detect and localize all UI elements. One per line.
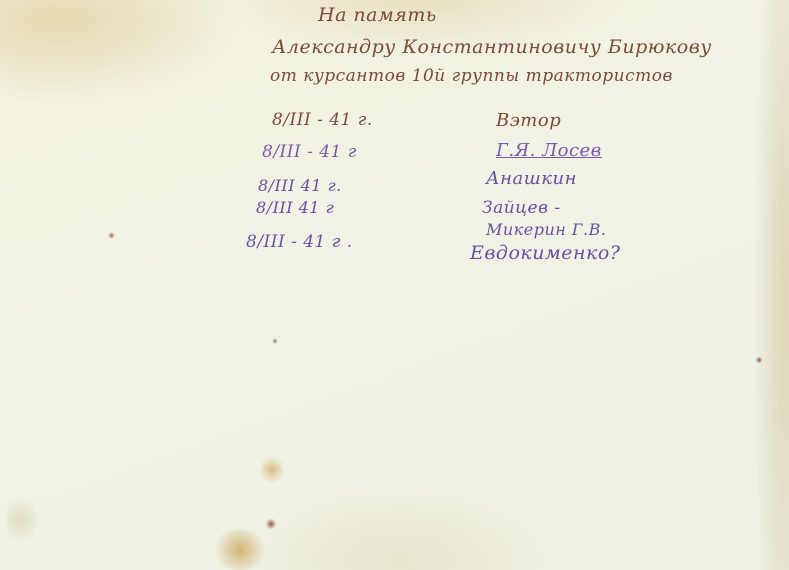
signature: Анашкин (486, 168, 577, 189)
signature: Зайцев - (482, 198, 561, 218)
stain (210, 530, 270, 570)
signature: Микерин Г.В. (486, 220, 606, 239)
date-entry: 8/III - 41 г . (246, 232, 353, 252)
stain (272, 338, 278, 344)
signature: Евдокименко? (470, 242, 620, 264)
dedication-line-3: от курсантов 10й группы трактористов (270, 66, 673, 86)
stain (756, 356, 762, 364)
stain (6, 490, 36, 550)
date-entry: 8/III 41 г (256, 198, 334, 217)
date-entry: 8/III 41 г. (258, 176, 342, 195)
stain (108, 232, 115, 239)
signature: Г.Я. Лосев (496, 140, 602, 161)
dedication-line-1: На память (318, 4, 437, 26)
stain (260, 455, 284, 485)
date-entry: 8/III - 41 г (262, 142, 357, 162)
date-entry: 8/III - 41 г. (272, 110, 373, 130)
dedication-line-2: Александру Константиновичу Бирюкову (272, 36, 712, 58)
photo-back-paper: На память Александру Константиновичу Бир… (0, 0, 789, 570)
stain (266, 518, 276, 530)
signature: Вэтор (496, 110, 561, 131)
